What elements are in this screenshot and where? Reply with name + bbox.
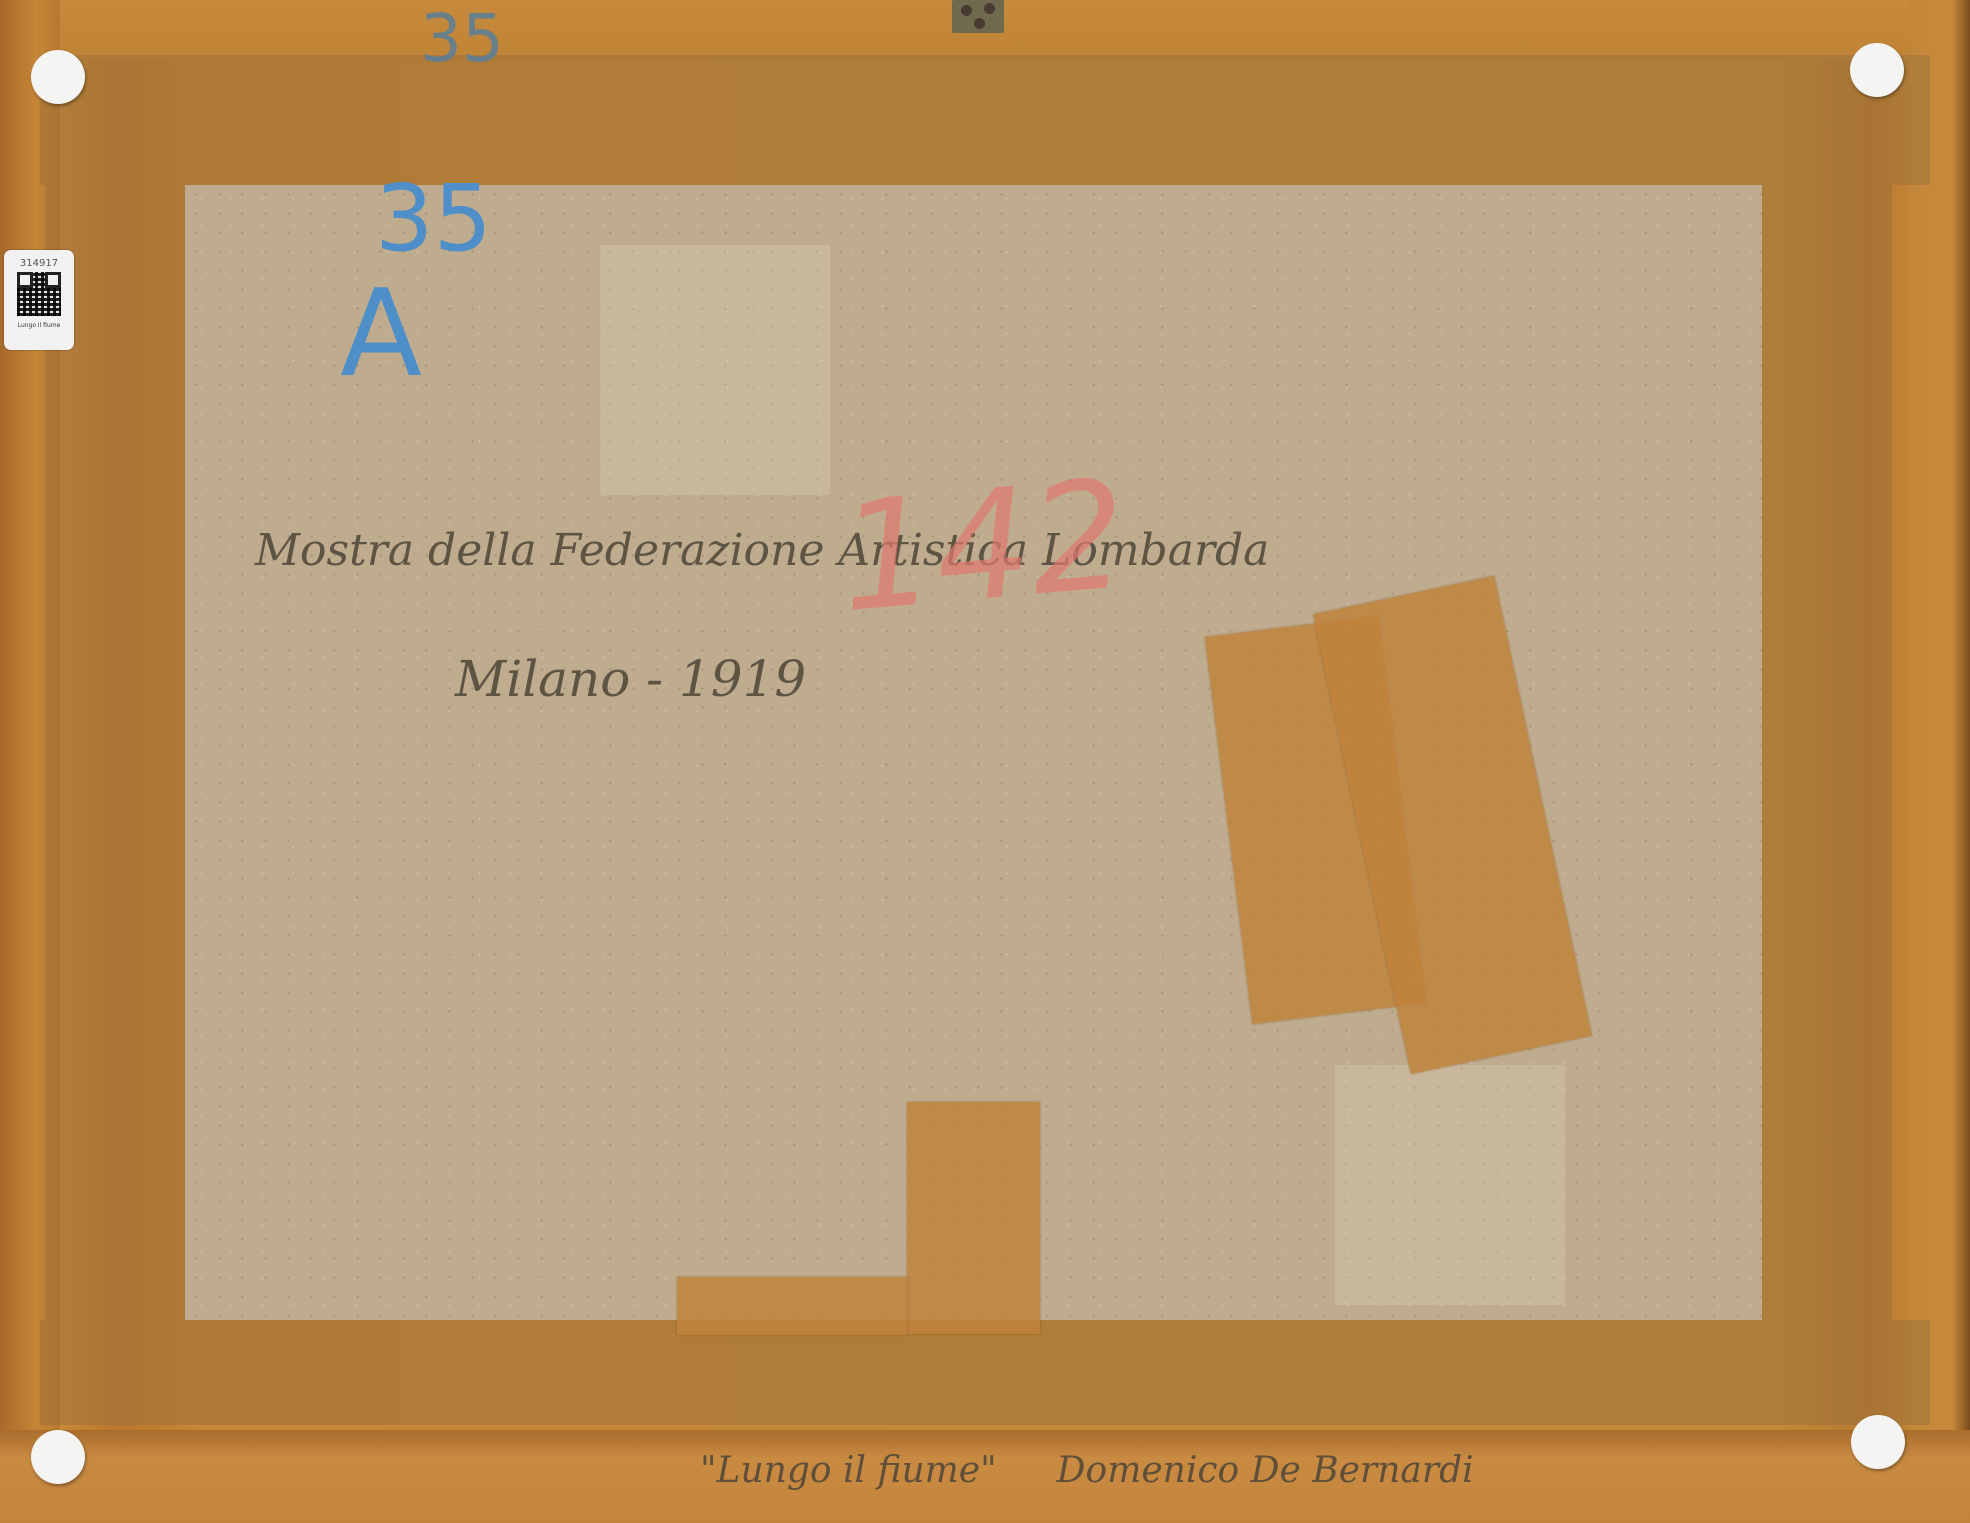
tape-band-right	[1762, 185, 1892, 1320]
light-patch	[600, 245, 830, 495]
frame-right-rail	[1910, 0, 1970, 1523]
screw-icon	[984, 3, 995, 14]
hanging-bracket	[952, 0, 1004, 33]
inventory-label: 314917 Lungo il fiume	[4, 250, 74, 350]
blue-letter-marking: A	[340, 265, 422, 404]
tape-band-left	[45, 185, 185, 1320]
tape-strip	[907, 1102, 1040, 1334]
tape-band-top	[40, 55, 1930, 185]
screw-icon	[961, 5, 972, 16]
screw-icon	[974, 18, 985, 29]
blue-number-marking: 35	[375, 165, 492, 272]
painting-title: "Lungo il fiume"	[700, 1450, 997, 1491]
tape-band-bottom	[40, 1320, 1930, 1425]
felt-pad-top-right	[1850, 43, 1904, 97]
frame-number-marking: 35	[420, 0, 504, 77]
location-date-inscription: Milano - 1919	[455, 650, 806, 708]
artist-name: Domenico De Bernardi	[1057, 1450, 1474, 1491]
bottom-inscription: "Lungo il fiume" Domenico De Bernardi	[700, 1450, 1474, 1491]
light-patch	[1335, 1065, 1565, 1305]
felt-pad-bottom-right	[1851, 1415, 1905, 1469]
red-number-marking: 142	[833, 448, 1133, 646]
label-title: Lungo il fiume	[18, 322, 61, 329]
inventory-number: 314917	[20, 258, 58, 269]
qr-code-icon	[17, 272, 61, 316]
felt-pad-bottom-left	[31, 1430, 85, 1484]
felt-pad-top-left	[31, 50, 85, 104]
tape-strip	[677, 1277, 907, 1335]
